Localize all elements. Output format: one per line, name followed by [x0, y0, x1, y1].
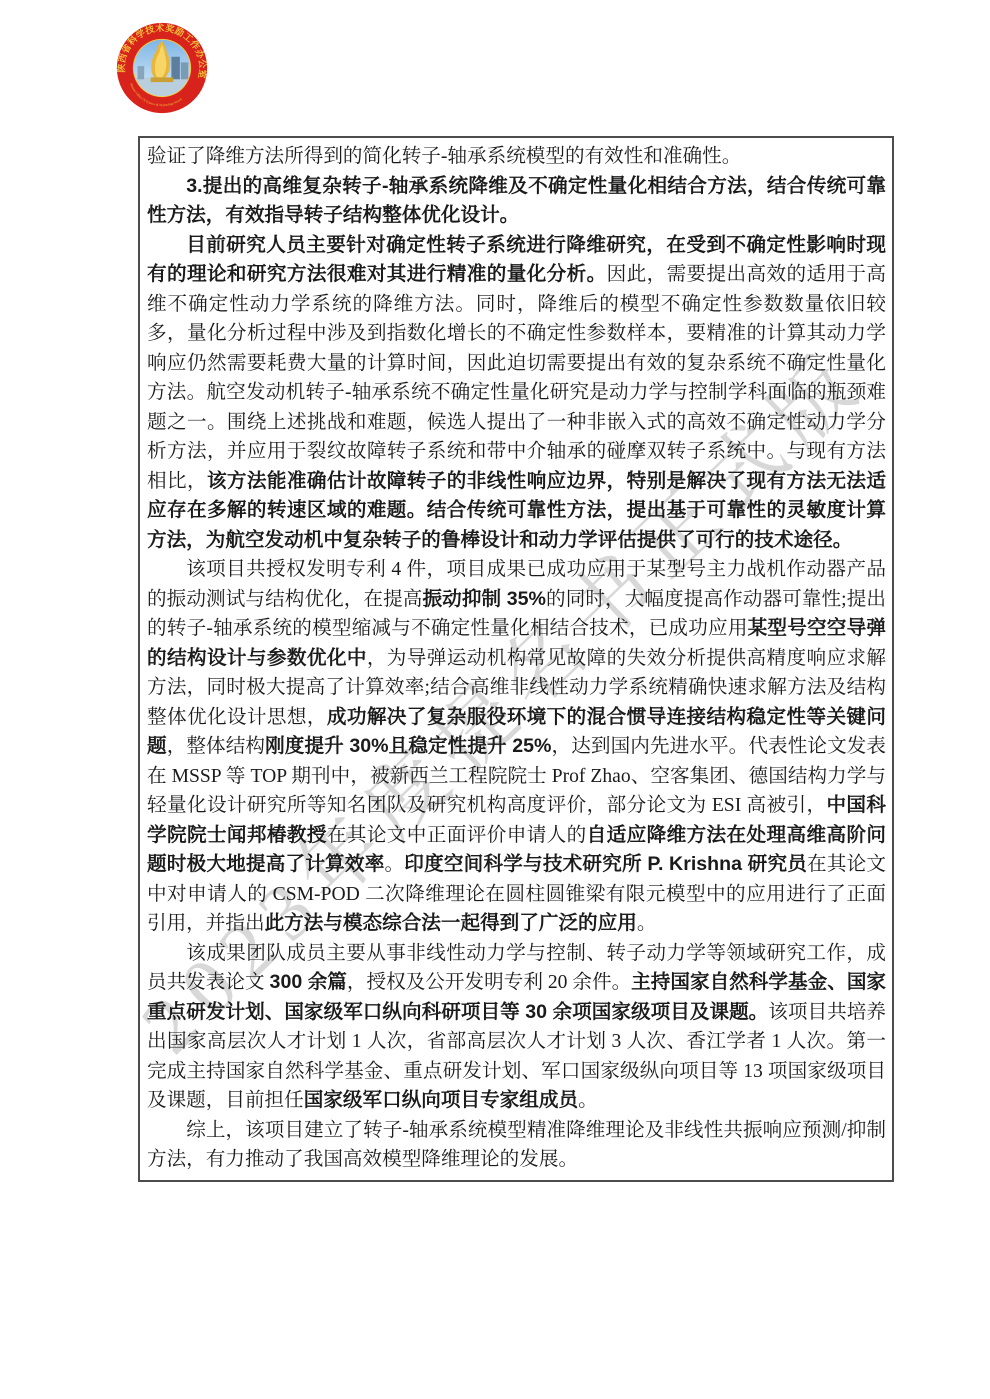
text-run: 验证了降维方法所得到的简化转子-轴承系统模型的有效性和准确性。 [147, 146, 741, 167]
paragraph: 综上，该项目建立了转子-轴承系统模型精准降维理论及非线性共振响应预测/抑制方法，… [147, 1116, 886, 1175]
content-cell: 验证了降维方法所得到的简化转子-轴承系统模型的有效性和准确性。3.提出的高维复杂… [138, 136, 894, 1182]
paragraph: 验证了降维方法所得到的简化转子-轴承系统模型的有效性和准确性。 [147, 142, 886, 172]
seal-graphic: 陕西省科学技术奖励工作办公室 Shaanxi Office Of Science… [115, 21, 209, 115]
bold-text-run: 3.提出的高维复杂转子-轴承系统降维及不确定性量化相结合方法，结合传统可靠性方法… [147, 175, 886, 227]
text-run: 综上，该项目建立了转子-轴承系统模型精准降维理论及非线性共振响应预测/抑制方法，… [147, 1120, 886, 1171]
bold-text-run: 国家级军口纵向项目专家组成员 [304, 1089, 578, 1111]
text-run: 。 [578, 1090, 598, 1111]
text-run: 。 [385, 854, 405, 875]
paragraph: 该项目共授权发明专利 4 件，项目成果已成功应用于某型号主力战机作动器产品的振动… [147, 555, 886, 939]
bold-text-run: 印度空间科学与技术研究所 P. Krishna 研究员 [404, 853, 807, 875]
text-run: 。 [637, 913, 657, 934]
bold-text-run: 此方法与模态综合法一起得到了广泛的应用 [265, 912, 637, 934]
document-page: { "logo": { "ring_color": "#d8221c", "ri… [0, 0, 990, 1399]
text-run: ，授权及公开发明专利 20 余件。 [347, 972, 631, 993]
paragraph: 该成果团队成员主要从事非线性动力学与控制、转子动力学等领域研究工作，成员共发表论… [147, 939, 886, 1116]
bold-text-run: 刚度提升 30%且稳定性提升 25% [265, 735, 551, 757]
bold-text-run: 300 余篇 [270, 971, 347, 993]
bold-text-run: 该方法能准确估计故障转子的非线性响应边界，特别是解决了现有方法无法适应存在多解的… [147, 470, 886, 551]
org-seal-logo: 陕西省科学技术奖励工作办公室 Shaanxi Office Of Science… [115, 21, 209, 115]
paragraph: 3.提出的高维复杂转子-轴承系统降维及不确定性量化相结合方法，结合传统可靠性方法… [147, 172, 886, 231]
text-run: 在其论文中正面评价申请人的 [327, 825, 587, 846]
bold-text-run: 振动抑制 35% [422, 588, 545, 610]
paragraph: 目前研究人员主要针对确定性转子系统进行降维研究，在受到不确定性影响时现有的理论和… [147, 231, 886, 556]
text-run: 因此，需要提出高效的适用于高维不确定性动力学系统的降维方法。同时，降维后的模型不… [147, 264, 886, 492]
text-run: ，整体结构 [167, 736, 265, 757]
